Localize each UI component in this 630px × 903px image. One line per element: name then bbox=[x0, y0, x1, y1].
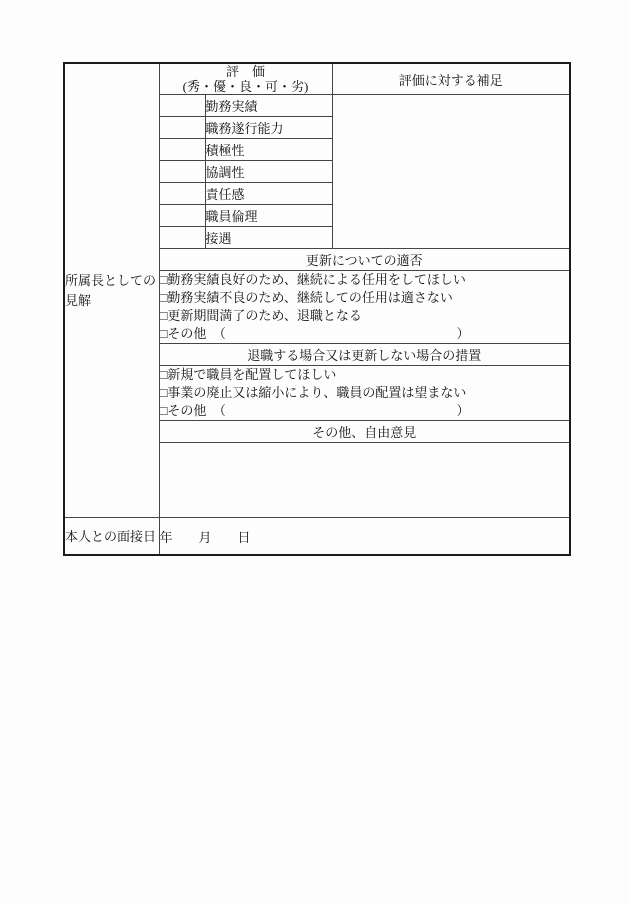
renewal-checkbox-2[interactable]: □更新期間満了のため、退職となる bbox=[160, 307, 570, 325]
measures-checkbox-block: □新規で職員を配置してほしい □事業の廃止又は縮小により、職員の配置は望まない … bbox=[159, 366, 570, 421]
rating-input-cell-3[interactable] bbox=[159, 161, 205, 183]
criterion-label-1: 職務遂行能力 bbox=[205, 117, 332, 139]
rating-input-cell-6[interactable] bbox=[159, 227, 205, 249]
measures-other-label: □その他 （ bbox=[160, 402, 226, 420]
criterion-label-0: 勤務実績 bbox=[205, 95, 332, 117]
supplement-input-area[interactable] bbox=[332, 95, 570, 249]
document-page: 所属長としての見解 評 価 (秀・優・良・可・劣) 評価に対する補足 勤務実績 … bbox=[0, 0, 630, 903]
rating-input-cell-5[interactable] bbox=[159, 205, 205, 227]
renewal-other-label: □その他 （ bbox=[160, 325, 226, 343]
measures-checkbox-0[interactable]: □新規で職員を配置してほしい bbox=[160, 366, 570, 384]
renewal-checkbox-0[interactable]: □勤務実績良好のため、継続による任用をしてほしい bbox=[160, 271, 570, 289]
supplement-header: 評価に対する補足 bbox=[332, 63, 570, 95]
evaluation-form-table: 所属長としての見解 評 価 (秀・優・良・可・劣) 評価に対する補足 勤務実績 … bbox=[63, 62, 571, 556]
renewal-checkbox-1[interactable]: □勤務実績不良のため、継続しての任用は適さない bbox=[160, 289, 570, 307]
evaluation-header-cell: 評 価 (秀・優・良・可・劣) bbox=[159, 63, 332, 95]
criterion-label-5: 職員倫理 bbox=[205, 205, 332, 227]
criterion-label-2: 積極性 bbox=[205, 139, 332, 161]
supervisor-opinion-label: 所属長としての見解 bbox=[64, 63, 159, 518]
header-row: 所属長としての見解 評 価 (秀・優・良・可・劣) 評価に対する補足 bbox=[64, 63, 570, 95]
measures-section-header: 退職する場合又は更新しない場合の措置 bbox=[159, 344, 570, 366]
criterion-label-4: 責任感 bbox=[205, 183, 332, 205]
evaluation-title: 評 価 bbox=[160, 64, 332, 79]
renewal-section-header: 更新についての適否 bbox=[159, 249, 570, 271]
interview-date-input-cell[interactable]: 年 月 日 bbox=[159, 518, 570, 556]
rating-input-cell-1[interactable] bbox=[159, 117, 205, 139]
criterion-label-3: 協調性 bbox=[205, 161, 332, 183]
criterion-label-6: 接遇 bbox=[205, 227, 332, 249]
measures-checkbox-other[interactable]: □その他 （ ） bbox=[160, 402, 470, 420]
measures-other-close-paren: ） bbox=[456, 402, 469, 420]
rating-input-cell-4[interactable] bbox=[159, 183, 205, 205]
interview-row: 本人との面接日 年 月 日 bbox=[64, 518, 570, 556]
renewal-checkbox-block: □勤務実績良好のため、継続による任用をしてほしい □勤務実績不良のため、継続して… bbox=[159, 271, 570, 344]
renewal-other-close-paren: ） bbox=[456, 325, 469, 343]
free-opinion-input-area[interactable] bbox=[159, 443, 570, 518]
renewal-checkbox-other[interactable]: □その他 （ ） bbox=[160, 325, 470, 343]
rating-input-cell-2[interactable] bbox=[159, 139, 205, 161]
interview-date-label: 本人との面接日 bbox=[64, 518, 159, 556]
measures-checkbox-1[interactable]: □事業の廃止又は縮小により、職員の配置は望まない bbox=[160, 384, 570, 402]
rating-input-cell-0[interactable] bbox=[159, 95, 205, 117]
free-opinion-header: その他、自由意見 bbox=[159, 421, 570, 443]
evaluation-scale: (秀・優・良・可・劣) bbox=[160, 79, 332, 94]
